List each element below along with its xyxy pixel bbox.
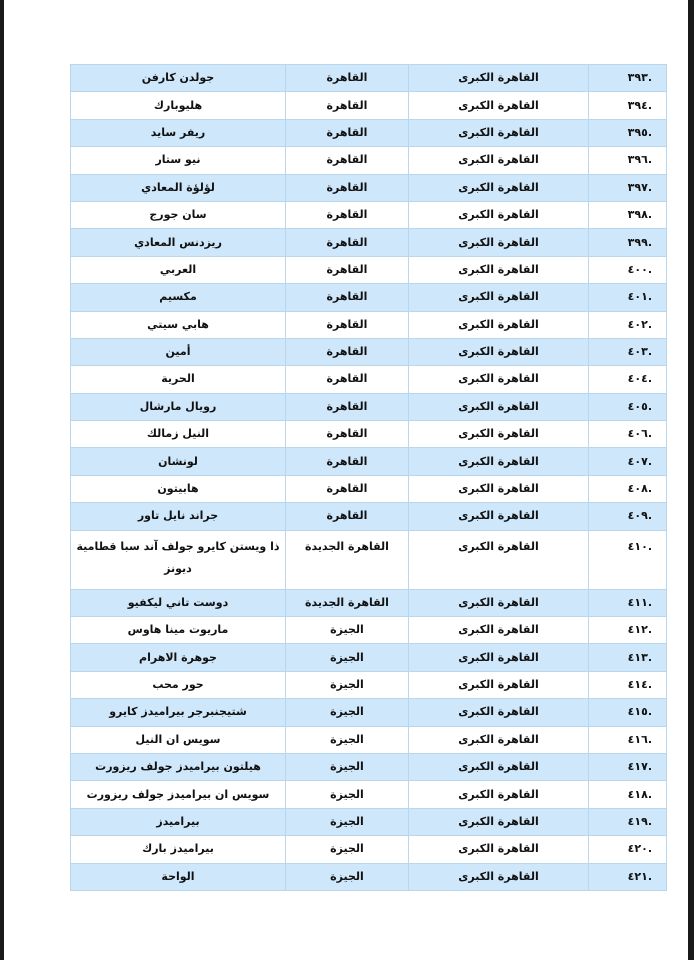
row-number: .٣٩٥ — [589, 119, 667, 146]
row-number: .٤١٢ — [589, 617, 667, 644]
row-number: .٤١١ — [589, 589, 667, 616]
table-row: .٤١٢القاهرة الكبرىالجيزةماريوت مينا هاوس — [71, 617, 667, 644]
city-cell: القاهرة — [286, 393, 409, 420]
table-row: .٤٠٧القاهرة الكبرىالقاهرةلونشان — [71, 448, 667, 475]
region-cell: القاهرة الكبرى — [409, 836, 589, 863]
city-cell: القاهرة — [286, 503, 409, 530]
city-cell: الجيزة — [286, 726, 409, 753]
row-number: .٤١٥ — [589, 699, 667, 726]
hotel-name-cell: هليوبارك — [71, 92, 286, 119]
table-row: .٣٩٩القاهرة الكبرىالقاهرةريزدنس المعادي — [71, 229, 667, 256]
row-number: .٤١٦ — [589, 726, 667, 753]
city-cell: القاهرة — [286, 448, 409, 475]
hotel-name-cell: ريزدنس المعادي — [71, 229, 286, 256]
table-row: .٤١٩القاهرة الكبرىالجيزةبيراميدز — [71, 808, 667, 835]
table-row: .٤٠٢القاهرة الكبرىالقاهرةهابي سيتي — [71, 311, 667, 338]
region-cell: القاهرة الكبرى — [409, 617, 589, 644]
city-cell: القاهرة — [286, 284, 409, 311]
region-cell: القاهرة الكبرى — [409, 311, 589, 338]
city-cell: القاهرة — [286, 256, 409, 283]
region-cell: القاهرة الكبرى — [409, 393, 589, 420]
table-row: .٣٩٨القاهرة الكبرىالقاهرةسان جورج — [71, 201, 667, 228]
hotel-name-cell: سويس ان بيراميدز جولف ريزورت — [71, 781, 286, 808]
row-number: .٤٠٨ — [589, 475, 667, 502]
region-cell: القاهرة الكبرى — [409, 119, 589, 146]
hotel-name-cell: جراند نايل تاور — [71, 503, 286, 530]
hotel-name-cell: رويال مارشال — [71, 393, 286, 420]
row-number: .٣٩٩ — [589, 229, 667, 256]
table-row: .٤١٨القاهرة الكبرىالجيزةسويس ان بيراميدز… — [71, 781, 667, 808]
row-number: .٤١٨ — [589, 781, 667, 808]
city-cell: القاهرة الجديدة — [286, 530, 409, 589]
hotel-name-cell: جولدن كارفن — [71, 65, 286, 92]
city-cell: القاهرة — [286, 147, 409, 174]
row-number: .٣٩٤ — [589, 92, 667, 119]
city-cell: القاهرة الجديدة — [286, 589, 409, 616]
hotel-name-cell: سان جورج — [71, 201, 286, 228]
region-cell: القاهرة الكبرى — [409, 256, 589, 283]
region-cell: القاهرة الكبرى — [409, 753, 589, 780]
hotel-name-cell: النيل زمالك — [71, 421, 286, 448]
region-cell: القاهرة الكبرى — [409, 448, 589, 475]
hotel-name-cell: نيو ستار — [71, 147, 286, 174]
city-cell: القاهرة — [286, 475, 409, 502]
city-cell: القاهرة — [286, 229, 409, 256]
hotel-name-cell: هابي سيتي — [71, 311, 286, 338]
table-row: .٤١١القاهرة الكبرىالقاهرة الجديدةدوست تا… — [71, 589, 667, 616]
table-row: .٤٠١القاهرة الكبرىالقاهرةمكسيم — [71, 284, 667, 311]
hotel-name-cell: مكسيم — [71, 284, 286, 311]
region-cell: القاهرة الكبرى — [409, 366, 589, 393]
table-row: .٣٩٣القاهرة الكبرىالقاهرةجولدن كارفن — [71, 65, 667, 92]
city-cell: القاهرة — [286, 65, 409, 92]
hotels-table: .٣٩٣القاهرة الكبرىالقاهرةجولدن كارفن .٣٩… — [70, 64, 667, 891]
table-row: .٤٠٤القاهرة الكبرىالقاهرةالحرية — [71, 366, 667, 393]
hotel-name-cell: هيلتون بيراميدز جولف ريزورت — [71, 753, 286, 780]
city-cell: الجيزة — [286, 781, 409, 808]
city-cell: الجيزة — [286, 644, 409, 671]
row-number: .٤٠٠ — [589, 256, 667, 283]
city-cell: القاهرة — [286, 338, 409, 365]
city-cell: القاهرة — [286, 366, 409, 393]
city-cell: الجيزة — [286, 753, 409, 780]
hotel-name-cell: بيراميدز — [71, 808, 286, 835]
row-number: .٣٩٣ — [589, 65, 667, 92]
row-number: .٣٩٨ — [589, 201, 667, 228]
hotel-name-cell: لونشان — [71, 448, 286, 475]
city-cell: القاهرة — [286, 92, 409, 119]
region-cell: القاهرة الكبرى — [409, 530, 589, 589]
region-cell: القاهرة الكبرى — [409, 65, 589, 92]
region-cell: القاهرة الكبرى — [409, 503, 589, 530]
row-number: .٤٠٧ — [589, 448, 667, 475]
hotel-name-cell: العربي — [71, 256, 286, 283]
hotel-name-cell: أمين — [71, 338, 286, 365]
hotel-name-cell: هابيتون — [71, 475, 286, 502]
region-cell: القاهرة الكبرى — [409, 863, 589, 890]
table-row: .٤٠٦القاهرة الكبرىالقاهرةالنيل زمالك — [71, 421, 667, 448]
hotel-name-cell: الواحة — [71, 863, 286, 890]
region-cell: القاهرة الكبرى — [409, 338, 589, 365]
city-cell: القاهرة — [286, 421, 409, 448]
region-cell: القاهرة الكبرى — [409, 92, 589, 119]
hotel-name-cell: حور محب — [71, 671, 286, 698]
row-number: .٤١٩ — [589, 808, 667, 835]
row-number: .٤١٣ — [589, 644, 667, 671]
region-cell: القاهرة الكبرى — [409, 671, 589, 698]
row-number: .٤٠٩ — [589, 503, 667, 530]
region-cell: القاهرة الكبرى — [409, 699, 589, 726]
row-number: .٤٠٣ — [589, 338, 667, 365]
hotel-name-cell: لؤلؤة المعادي — [71, 174, 286, 201]
table-row: .٤٠٣القاهرة الكبرىالقاهرةأمين — [71, 338, 667, 365]
row-number: .٣٩٧ — [589, 174, 667, 201]
table-row: .٤١٣القاهرة الكبرىالجيزةجوهرة الاهرام — [71, 644, 667, 671]
city-cell: القاهرة — [286, 201, 409, 228]
hotel-name-cell: بيراميدز بارك — [71, 836, 286, 863]
table-row: .٣٩٧القاهرة الكبرىالقاهرةلؤلؤة المعادي — [71, 174, 667, 201]
city-cell: الجيزة — [286, 836, 409, 863]
row-number: .٤٠٢ — [589, 311, 667, 338]
table-row: .٤١٠القاهرة الكبرىالقاهرة الجديدةذا ويست… — [71, 530, 667, 589]
city-cell: الجيزة — [286, 808, 409, 835]
region-cell: القاهرة الكبرى — [409, 284, 589, 311]
table-row: .٤١٦القاهرة الكبرىالجيزةسويس ان النيل — [71, 726, 667, 753]
row-number: .٤٠٥ — [589, 393, 667, 420]
table-row: .٤٠٠القاهرة الكبرىالقاهرةالعربي — [71, 256, 667, 283]
table-row: .٤٢١القاهرة الكبرىالجيزةالواحة — [71, 863, 667, 890]
table-row: .٤٠٨القاهرة الكبرىالقاهرةهابيتون — [71, 475, 667, 502]
hotel-name-cell: ماريوت مينا هاوس — [71, 617, 286, 644]
table-row: .٣٩٤القاهرة الكبرىالقاهرةهليوبارك — [71, 92, 667, 119]
city-cell: الجيزة — [286, 671, 409, 698]
table-row: .٤١٤القاهرة الكبرىالجيزةحور محب — [71, 671, 667, 698]
city-cell: القاهرة — [286, 119, 409, 146]
row-number: .٤١٧ — [589, 753, 667, 780]
table-row: .٤١٥القاهرة الكبرىالجيزةشتيجنبرجر بيرامي… — [71, 699, 667, 726]
table-row: .٤١٧القاهرة الكبرىالجيزةهيلتون بيراميدز … — [71, 753, 667, 780]
row-number: .٤١٠ — [589, 530, 667, 589]
city-cell: القاهرة — [286, 174, 409, 201]
region-cell: القاهرة الكبرى — [409, 174, 589, 201]
region-cell: القاهرة الكبرى — [409, 421, 589, 448]
city-cell: الجيزة — [286, 699, 409, 726]
row-number: .٤٢١ — [589, 863, 667, 890]
region-cell: القاهرة الكبرى — [409, 644, 589, 671]
row-number: .٤٢٠ — [589, 836, 667, 863]
city-cell: القاهرة — [286, 311, 409, 338]
region-cell: القاهرة الكبرى — [409, 808, 589, 835]
city-cell: الجيزة — [286, 863, 409, 890]
hotel-name-cell: ريفر سايد — [71, 119, 286, 146]
table-row: .٤٠٥القاهرة الكبرىالقاهرةرويال مارشال — [71, 393, 667, 420]
region-cell: القاهرة الكبرى — [409, 229, 589, 256]
region-cell: القاهرة الكبرى — [409, 589, 589, 616]
row-number: .٣٩٦ — [589, 147, 667, 174]
row-number: .٤٠١ — [589, 284, 667, 311]
hotel-name-cell: جوهرة الاهرام — [71, 644, 286, 671]
city-cell: الجيزة — [286, 617, 409, 644]
table-row: .٤٠٩القاهرة الكبرىالقاهرةجراند نايل تاور — [71, 503, 667, 530]
row-number: .٤٠٤ — [589, 366, 667, 393]
hotel-name-cell: سويس ان النيل — [71, 726, 286, 753]
table-row: .٤٢٠القاهرة الكبرىالجيزةبيراميدز بارك — [71, 836, 667, 863]
region-cell: القاهرة الكبرى — [409, 781, 589, 808]
hotel-name-cell: دوست تاني ليكفيو — [71, 589, 286, 616]
document-page: .٣٩٣القاهرة الكبرىالقاهرةجولدن كارفن .٣٩… — [4, 0, 688, 960]
hotel-name-cell: شتيجنبرجر بيراميدز كايرو — [71, 699, 286, 726]
row-number: .٤١٤ — [589, 671, 667, 698]
region-cell: القاهرة الكبرى — [409, 201, 589, 228]
table-row: .٣٩٥القاهرة الكبرىالقاهرةريفر سايد — [71, 119, 667, 146]
region-cell: القاهرة الكبرى — [409, 726, 589, 753]
hotel-name-cell: الحرية — [71, 366, 286, 393]
table-row: .٣٩٦القاهرة الكبرىالقاهرةنيو ستار — [71, 147, 667, 174]
region-cell: القاهرة الكبرى — [409, 475, 589, 502]
hotel-name-cell: ذا ويستن كايرو جولف آند سبا قطامية ديونز — [71, 530, 286, 589]
region-cell: القاهرة الكبرى — [409, 147, 589, 174]
row-number: .٤٠٦ — [589, 421, 667, 448]
